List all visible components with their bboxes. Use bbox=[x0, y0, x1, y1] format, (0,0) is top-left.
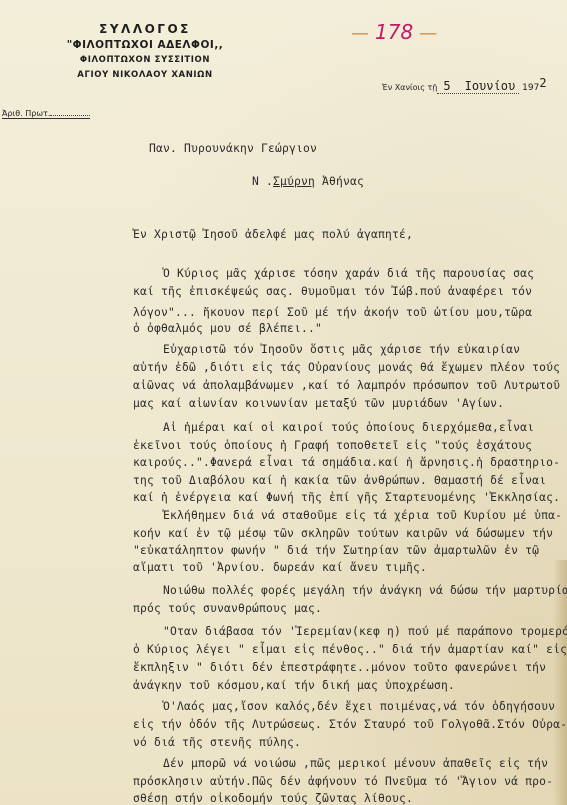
letterhead: ΣΥΛΛΟΓΟΣ "ΦΙΛΟΠΤΩΧΟΙ ΑΔΕΛΦΟΙ,, ΦΙΛΟΠΤΩΧΟ… bbox=[50, 22, 240, 83]
body-line: Ὁ'Λαός μας,ἴσον καλός,δέν ἔχει ποιμένας,… bbox=[163, 700, 555, 713]
body-line: μας καί αἰωνίαν κοινωνίαν μεταξύ τῶν μυρ… bbox=[133, 397, 504, 410]
body-line: Δέν μπορῶ νά νοιώσω ,πῶς μερικοί μένουν … bbox=[163, 757, 548, 770]
body-line: αὐτήν ἐδῶ ,διότι εἰς τάς Οὐρανίους μονάς… bbox=[133, 361, 560, 374]
salutation: Ἐν Χριστῷ Ἰησοῦ ἀδελφέ μας πολύ ἀγαπητέ, bbox=[133, 228, 413, 241]
body-line: Ἐκλήθημεν διά νά σταθοῦμε εἰς τά χέρια τ… bbox=[163, 509, 562, 522]
body-line: "εὐκατάληπτον φωνήν " διά τήν Σωτηρίαν τ… bbox=[133, 544, 539, 557]
body-line: "Οταν διάβασα τόν 'Ἱερεμίαν(κεφ η) πού μ… bbox=[163, 625, 567, 638]
body-line: Νοιώθω πολλές φορές μεγάλη τήν ἀνάγκη νά… bbox=[163, 584, 567, 597]
body-line: καιρούς..".Φανερά εἶναι τά σημάδια.καί ἡ… bbox=[133, 456, 560, 469]
body-line: Αἱ ἡμέραι καί οἱ καιροί τούς ὁποίους διε… bbox=[163, 421, 534, 434]
protocol-blank bbox=[50, 115, 90, 116]
body-line: νό διά τῆς στενῆς πύλης. bbox=[133, 736, 301, 749]
address-town: Σμύρνη bbox=[273, 175, 315, 188]
date-month: Ιουνίου bbox=[465, 79, 516, 93]
recipient-name: Παν. Πυρουνάκην Γεώργιον bbox=[149, 142, 317, 155]
date-year-prefix: 197 bbox=[522, 83, 539, 93]
letterhead-society-name: "ΦΙΛΟΠΤΩΧΟΙ ΑΔΕΛΦΟΙ,, bbox=[50, 37, 240, 53]
date-fill: 5Ιουνίου bbox=[437, 79, 519, 94]
body-line: κοήν καί ἐν τῷ μέσῳ τῶν σκληρῶν τούτων κ… bbox=[133, 527, 553, 540]
body-line: σθέσῃ στήν οἰκοδομήν τούς ζῶντας λίθους. bbox=[133, 792, 413, 805]
handwritten-reference-number: —178— bbox=[345, 20, 443, 44]
body-line: ἐκεῖνοι τούς ὁποίους ἡ Γραφή τοποθετεῖ ε… bbox=[133, 439, 532, 452]
body-line: ὁ Κύριος λέγει " εἶμαι εἰς πένθος.." διά… bbox=[133, 643, 567, 656]
body-line: αἵματι τοῦ 'Ἀρνίου. δωρεάν καί ἄνευ τιμῆ… bbox=[133, 561, 427, 574]
dateline: Ἐν Χανίοις τῇ5Ιουνίου1972 bbox=[382, 76, 547, 94]
letterhead-title: ΣΥΛΛΟΓΟΣ bbox=[50, 22, 240, 37]
body-line: λόγον"... ἤκουον περί Σοῦ μέ τήν ἀκοήν τ… bbox=[133, 306, 532, 319]
body-line: ἔκπληξιν " διότι δέν ἐπεστράφητε..μόνον … bbox=[133, 661, 546, 674]
body-line: αἰῶνας νά ἀπολαμβάνωμεν ,καί τό λαμπρόν … bbox=[133, 379, 560, 392]
address-city: Ἀθήνας bbox=[322, 175, 364, 188]
protocol-number-field: Ἀριθ. Πρωτ. bbox=[2, 109, 90, 119]
recipient-address: Ν .Σμύρνη Ἀθήνας bbox=[252, 175, 364, 188]
body-line: Ὁ Κύριος μᾶς χάρισε τόσην χαράν διά τῆς … bbox=[163, 267, 534, 280]
protocol-label: Ἀριθ. Πρωτ. bbox=[2, 109, 50, 118]
body-line: Εὐχαριστῶ τόν Ἰησοῦν ὅστις μᾶς χάρισε τή… bbox=[163, 343, 520, 356]
letterhead-subtitle: ΦΙΛΟΠΤΩΧΟΝ ΣΥΣΣΙΤΙΟΝ bbox=[50, 53, 240, 68]
dash-left: — bbox=[351, 23, 369, 44]
dash-right: — bbox=[419, 23, 437, 44]
date-year-digit: 2 bbox=[539, 76, 546, 90]
reference-number-value: 178 bbox=[375, 20, 413, 44]
body-line: καί ἡ ἐνέργεια καί Φωνή τῆς ἐπί γῆς Σταρ… bbox=[133, 491, 560, 504]
body-line: εἰς τήν ὁδόν τῆς Λυτρώσεως. Στόν Σταυρό … bbox=[133, 718, 567, 731]
date-day: 5 bbox=[443, 79, 450, 93]
date-prefix: Ἐν Χανίοις τῇ bbox=[382, 83, 437, 92]
body-line: καί τῆς ἐπισκέψεώς σας. θυμοῦμαι τόν Ἰώβ… bbox=[133, 285, 532, 298]
body-line: πρόσκλησιν αὐτήν.Πῶς δέν ἀφήνουν τό Πνεῦ… bbox=[133, 775, 553, 788]
letterhead-location: ΑΓΙΟΥ ΝΙΚΟΛΑΟΥ ΧΑΝΙΩΝ bbox=[50, 68, 240, 83]
body-line: ὁ ὀφθαλμός μου σέ βλέπει.." bbox=[133, 322, 322, 335]
body-line: ἀνάγκην τοῦ κόσμου,καί τήν δική μας ὑποχ… bbox=[133, 679, 455, 692]
address-prefix: Ν . bbox=[252, 175, 273, 188]
body-line: πρός τούς συνανθρώπους μας. bbox=[133, 602, 322, 615]
body-line: της τοῦ Διαβόλου καί ἡ κακία τῶν ἀνθρώπω… bbox=[133, 474, 546, 487]
